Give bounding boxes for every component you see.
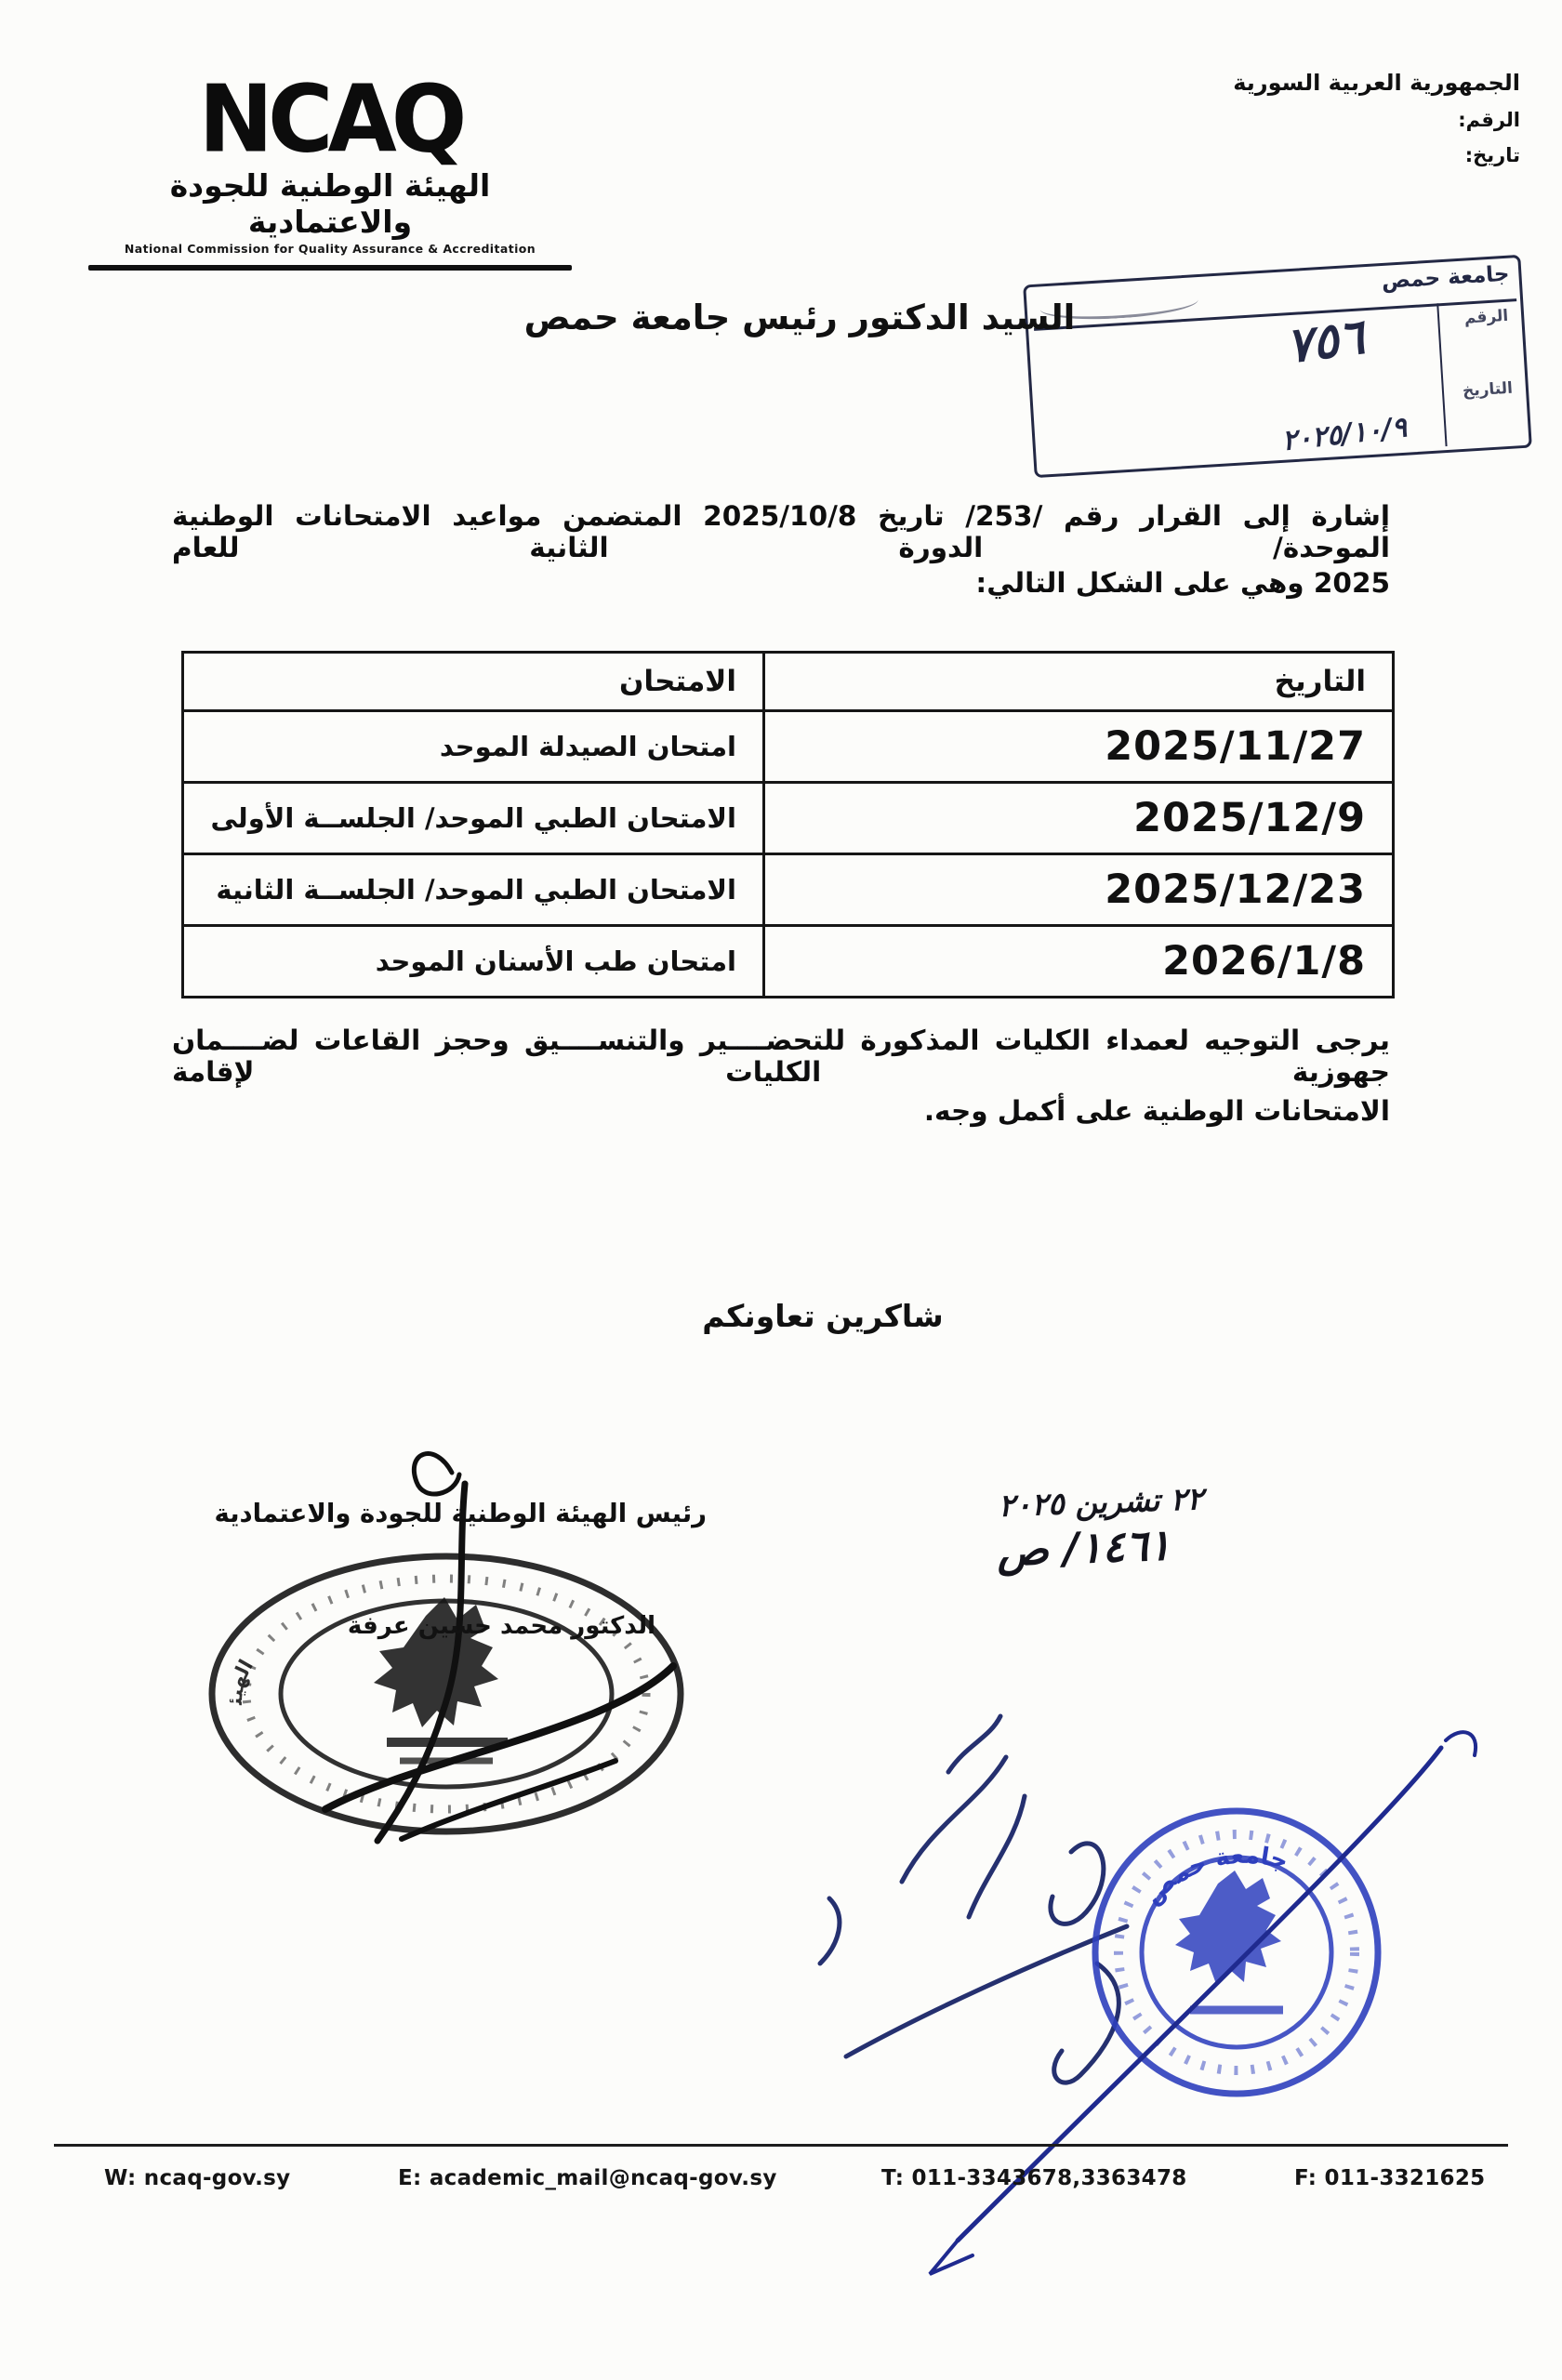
body-paragraph-line2: 2025 وهي على الشكل التالي: — [172, 567, 1390, 599]
received-university: جامعة حمص — [1381, 262, 1510, 294]
exam-name: الامتحان الطبي الموحد/ الجلســة الثانية — [183, 854, 764, 926]
logo-underline-bar — [88, 265, 572, 271]
scanned-letter-page: NCAQ الهيئة الوطنية للجودة والاعتمادية N… — [0, 0, 1562, 2380]
received-stamp-box: جامعة حمص الرقم التاريخ ٧٥٦ ٢٠٢٥/١٠/٩ — [1023, 255, 1532, 478]
footer-website: W: ncaq-gov.sy — [104, 2166, 290, 2190]
received-date-handwritten: ٢٠٢٥/١٠/٩ — [1280, 411, 1409, 457]
signatory-name: الدكتور محمد حسين عرفة — [348, 1612, 655, 1640]
signature-stroke — [414, 1454, 459, 1494]
exam-date: 2025/12/23 — [763, 854, 1393, 926]
table-row: 2025/11/27 امتحان الصيدلة الموحد — [183, 711, 1394, 783]
request-paragraph-line1: يرجى التوجيه لعمداء الكليات المذكورة للت… — [172, 1025, 1390, 1088]
signatory-title: رئيس الهيئة الوطنية للجودة والاعتمادية — [186, 1499, 707, 1528]
handwritten-date-note: ٢٢ تشرين ٢٠٢٥ ١٤٦١/ ص — [937, 1478, 1265, 1578]
exam-name: امتحان طب الأسنان الموحد — [183, 926, 764, 998]
blue-ink-zone: جامعة حمص — [790, 1683, 1525, 2287]
footer-fax: F: 011-3321625 — [1294, 2166, 1485, 2190]
exam-date: 2025/12/9 — [763, 783, 1393, 854]
footer-email: E: academic_mail@ncaq-gov.sy — [398, 2166, 777, 2190]
letterhead-right: الجمهورية العربية السورية الرقم: تاريخ: — [1233, 70, 1520, 166]
table-header-row: التاريخ الامتحان — [183, 653, 1394, 711]
received-date-label: التاريخ — [1462, 379, 1513, 401]
table-row: 2026/1/8 امتحان طب الأسنان الموحد — [183, 926, 1394, 998]
signature-block: رئيس الهيئة الوطنية للجودة والاعتمادية ا… — [186, 1499, 707, 1528]
closing-thanks: شاكرين تعاونكم — [42, 1298, 1562, 1334]
request-paragraph-line2: الامتحانات الوطنية على أكمل وجه. — [172, 1095, 1390, 1127]
handwritten-annotation-blue — [820, 1716, 1127, 2082]
ncaq-logo: NCAQ الهيئة الوطنية للجودة والاعتمادية N… — [88, 74, 572, 271]
ncaq-logo-arabic-name: الهيئة الوطنية للجودة والاعتمادية — [88, 167, 572, 240]
exam-date: 2025/11/27 — [763, 711, 1393, 783]
date-label: تاريخ: — [1233, 144, 1520, 166]
number-label: الرقم: — [1233, 109, 1520, 131]
footer-phone: T: 011-3343678,3363478 — [881, 2166, 1187, 2190]
col-header-exam: الامتحان — [183, 653, 764, 711]
exam-name: الامتحان الطبي الموحد/ الجلســة الأولى — [183, 783, 764, 854]
footer-rule — [54, 2144, 1508, 2147]
exam-schedule-table: التاريخ الامتحان 2025/11/27 امتحان الصيد… — [181, 651, 1395, 998]
university-round-stamp: جامعة حمص — [1095, 1811, 1378, 2094]
round-stamp-eagle-emblem — [1175, 1871, 1281, 1984]
commission-oval-stamp: الهيئة الوطنية للجودة والاعتمادية — [186, 1527, 707, 1861]
table-row: 2025/12/9 الامتحان الطبي الموحد/ الجلســ… — [183, 783, 1394, 854]
exam-name: امتحان الصيدلة الموحد — [183, 711, 764, 783]
republic-title: الجمهورية العربية السورية — [1233, 70, 1520, 96]
table-row: 2025/12/23 الامتحان الطبي الموحد/ الجلسـ… — [183, 854, 1394, 926]
ncaq-logo-english-name: National Commission for Quality Assuranc… — [88, 242, 572, 256]
col-header-date: التاريخ — [763, 653, 1393, 711]
ncaq-logo-acronym: NCAQ — [88, 73, 572, 165]
body-paragraph-line1: إشارة إلى القرار رقم /253/ تاريخ 2025/10… — [172, 500, 1390, 563]
exam-date: 2026/1/8 — [763, 926, 1393, 998]
handwritten-reference-number: ١٤٦١/ ص — [939, 1517, 1229, 1578]
addressee-line: السيد الدكتور رئيس جامعة حمص — [19, 297, 1562, 337]
